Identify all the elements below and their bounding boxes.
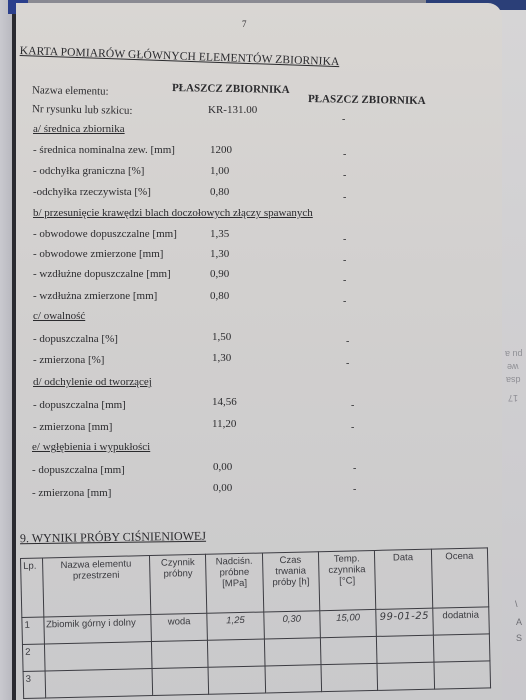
row-col2: - — [343, 275, 346, 286]
cell-medium — [152, 667, 209, 695]
row-label: - zmierzona [%] — [33, 354, 104, 366]
bleed-through-text: 17 — [508, 391, 518, 404]
row-col2: - — [343, 255, 346, 266]
section-heading-d: d/ odchylenie od tworzącej — [33, 376, 152, 388]
col-header-duration: Czas trwania próby [h] — [262, 552, 320, 612]
row-label: - dopuszczalna [mm] — [33, 399, 126, 411]
cell-name — [45, 669, 153, 698]
cell-temp — [320, 636, 377, 664]
cell-temp — [321, 663, 378, 691]
cell-date — [377, 635, 434, 663]
pressure-test-table: Lp. Nazwa elementu przestrzeni Czynnik p… — [20, 547, 491, 699]
cell-lp: 2 — [22, 644, 44, 671]
row-label: -odchyłka rzeczywista [%] — [33, 186, 151, 198]
row-label: - wzdłużne dopuszczalne [mm] — [33, 268, 171, 280]
row-col2: - — [346, 358, 349, 369]
row-label: - zmierzona [mm] — [33, 421, 112, 433]
section-heading-b: b/ przesunięcie krawędzi blach doczołowy… — [33, 207, 313, 219]
cell-medium: woda — [151, 613, 208, 641]
row-value: 0,80 — [210, 186, 229, 198]
row-col2: - — [343, 170, 346, 181]
row-label: - wzdłużna zmierzone [mm] — [33, 290, 157, 302]
cell-medium — [151, 640, 208, 668]
col-header-pressure: Nadciśn. próbne [MPa] — [206, 553, 264, 613]
bleed-through-text: pu a — [505, 347, 523, 360]
page-number: 7 — [242, 19, 247, 29]
section-heading-a: a/ średnica zbiornika — [33, 123, 125, 135]
col-header-name: Nazwa elementu przestrzeni — [42, 556, 151, 617]
pressure-test-heading: 9. WYNIKI PRÓBY CIŚNIENIOWEJ — [20, 529, 206, 547]
row-col2: - — [353, 463, 356, 474]
col-header-date: Data — [375, 549, 433, 609]
row-value: 0,00 — [213, 482, 232, 494]
col-header-rating: Ocena — [431, 548, 489, 608]
cell-pressure — [208, 639, 265, 667]
row-col2: - — [351, 422, 354, 433]
margin-mark: A — [516, 616, 522, 629]
row-label: - obwodowe zmierzone [mm] — [33, 248, 163, 260]
col-header-lp: Lp. — [21, 558, 44, 617]
bleed-through-text: dsa — [506, 373, 521, 386]
document-title: KARTA POMIARÓW GŁÓWNYCH ELEMENTÓW ZBIORN… — [20, 45, 340, 68]
cell-name: Zbiomik górny i dolny — [43, 615, 151, 644]
row-label: - średnica nominalna zew. [mm] — [33, 144, 175, 156]
row-col2: - — [343, 234, 346, 245]
row-value: 1,35 — [210, 228, 229, 240]
drawing-number-label: Nr rysunku lub szkicu: — [32, 103, 133, 117]
cell-lp: 1 — [22, 617, 44, 644]
row-label: - odchyłka graniczna [%] — [33, 165, 144, 177]
row-value: 0,80 — [210, 290, 229, 302]
row-value: 1,30 — [210, 248, 229, 260]
document-page: 7 KARTA POMIARÓW GŁÓWNYCH ELEMENTÓW ZBIO… — [16, 3, 502, 700]
drawing-col2-dash: - — [342, 114, 345, 125]
element-name-value-1: PŁASZCZ ZBIORNIKA — [172, 82, 290, 96]
row-col2: - — [343, 296, 346, 307]
cell-rating — [434, 661, 491, 689]
row-label: - obwodowe dopuszczalne [mm] — [33, 228, 177, 240]
col-header-medium: Czynnik próbny — [150, 554, 208, 614]
margin-mark: \ — [515, 598, 518, 611]
row-value: 1200 — [210, 144, 232, 156]
row-value: 1,00 — [210, 165, 229, 177]
margin-mark: S — [516, 632, 522, 645]
cell-date: 99-01-25 — [376, 608, 433, 636]
cell-temp: 15,00 — [320, 609, 377, 637]
element-name-label: Nazwa elementu: — [32, 84, 109, 97]
table-header-row: Lp. Nazwa elementu przestrzeni Czynnik p… — [21, 548, 489, 618]
drawing-number-value: KR-131.00 — [208, 104, 257, 116]
row-value: 0,90 — [210, 268, 229, 280]
cell-rating — [433, 634, 490, 662]
row-value: 0,00 — [213, 461, 232, 473]
row-col2: - — [351, 400, 354, 411]
cell-duration — [265, 665, 322, 693]
cell-pressure — [208, 666, 265, 694]
bleed-through-text: we — [507, 360, 519, 373]
cell-rating: dodatnia — [432, 607, 489, 635]
element-name-value-2: PŁASZCZ ZBIORNIKA — [308, 93, 426, 107]
section-heading-c: c/ owalność — [33, 310, 85, 322]
cell-lp: 3 — [23, 671, 45, 698]
cell-pressure: 1,25 — [207, 612, 264, 640]
row-value: 1,30 — [212, 352, 231, 364]
row-col2: - — [343, 192, 346, 203]
row-col2: - — [353, 484, 356, 495]
row-col2: - — [346, 336, 349, 347]
row-value: 14,56 — [212, 396, 237, 408]
row-label: - zmierzona [mm] — [32, 487, 111, 499]
row-label: - dopuszczalna [%] — [33, 333, 118, 345]
cell-date — [377, 662, 434, 690]
section-heading-e: e/ wgłębienia i wypukłości — [32, 441, 150, 453]
row-value: 11,20 — [212, 418, 236, 430]
row-value: 1,50 — [212, 331, 231, 343]
cell-name — [44, 642, 152, 671]
col-header-temp: Temp. czynnika [°C] — [318, 550, 376, 610]
row-label: - dopuszczalna [mm] — [32, 464, 125, 476]
cell-duration: 0,30 — [263, 611, 320, 639]
row-col2: - — [343, 149, 346, 160]
cell-duration — [264, 638, 321, 666]
